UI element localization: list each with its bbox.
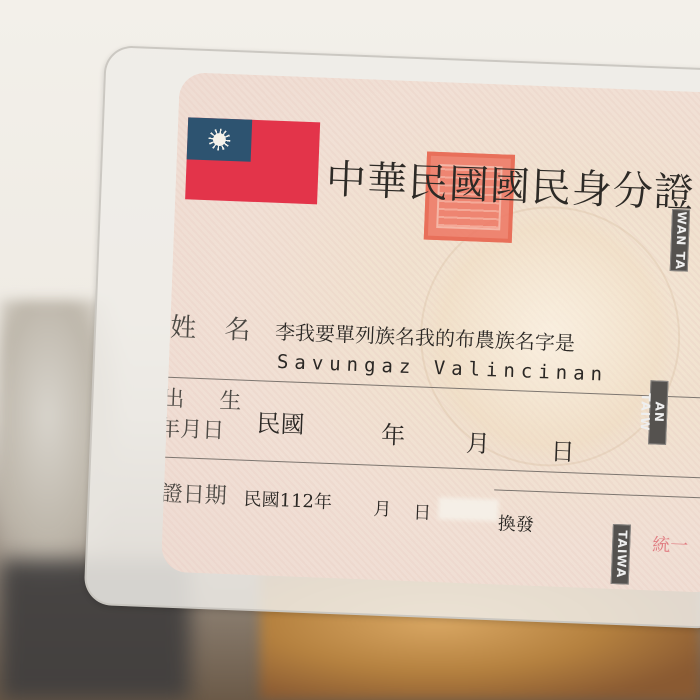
issue-date-prefix: 民國112年 — [243, 485, 332, 514]
security-strip-3: TAIWA — [611, 524, 631, 585]
birth-label-line2: 年月日 — [161, 411, 225, 445]
divider-birth — [161, 456, 700, 478]
issue-date-label: 發證日期 — [161, 476, 228, 510]
issue-day-unit: 日 — [413, 498, 432, 525]
birth-day-unit: 日 — [550, 432, 575, 468]
birth-label-line1: 出 生 — [162, 382, 256, 417]
issue-type: 換發 — [497, 510, 534, 537]
redacted-area — [438, 497, 499, 521]
issue-month-unit: 月 — [373, 495, 392, 522]
security-strip-1: WAN TA — [670, 209, 690, 272]
divider-issue-right — [494, 489, 700, 498]
id-card: 中華民國國民身分證 姓 名 李我要單列族名我的布農族名字是 Savungaz V… — [161, 72, 700, 593]
birth-era: 民國 — [256, 403, 305, 440]
card-title: 中華民國國民身分證 — [325, 148, 696, 219]
name-label: 姓 名 — [170, 307, 262, 347]
white-sun-icon — [208, 128, 231, 151]
birth-month-unit: 月 — [465, 423, 490, 459]
roc-flag-icon — [185, 117, 320, 204]
partial-red-text: 統一 — [652, 530, 689, 557]
security-strip-2: AN TAIW — [648, 380, 668, 445]
flag-canton — [187, 117, 253, 161]
birth-year-unit: 年 — [381, 415, 406, 451]
